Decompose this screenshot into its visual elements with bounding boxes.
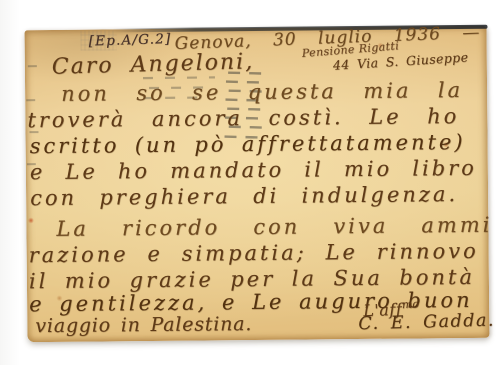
valediction-superscript: mo [402, 297, 420, 311]
handwritten-line-2: troverà ancora costì. Le ho [27, 104, 459, 132]
handwritten-line-5: con preghiera di indulgenza. [30, 182, 458, 210]
handwritten-line-3: scritto (un pò affrettatamente) [30, 130, 466, 158]
handwritten-line-6: La ricordo con viva ammi [56, 213, 492, 241]
handwritten-line-7: razione e simpatia; Le rinnovo [29, 239, 479, 267]
handwritten-line-4: e Le ho mandato il mio libro [30, 156, 477, 184]
salutation: Caro Angeloni, [52, 49, 255, 79]
handwritten-line-10: viaggio in Palestina. [35, 313, 252, 337]
handwritten-line-1: non so se questa mia la [61, 78, 463, 106]
postcard: [Ep.A/G.2] Genova, 30 luglio 1936 — Pens… [25, 26, 490, 342]
scan-background: [Ep.A/G.2] Genova, 30 luglio 1936 — Pens… [0, 0, 500, 365]
signature: C. E. Gadda. [358, 311, 495, 335]
archival-mark: [Ep.A/G.2] [88, 31, 171, 50]
